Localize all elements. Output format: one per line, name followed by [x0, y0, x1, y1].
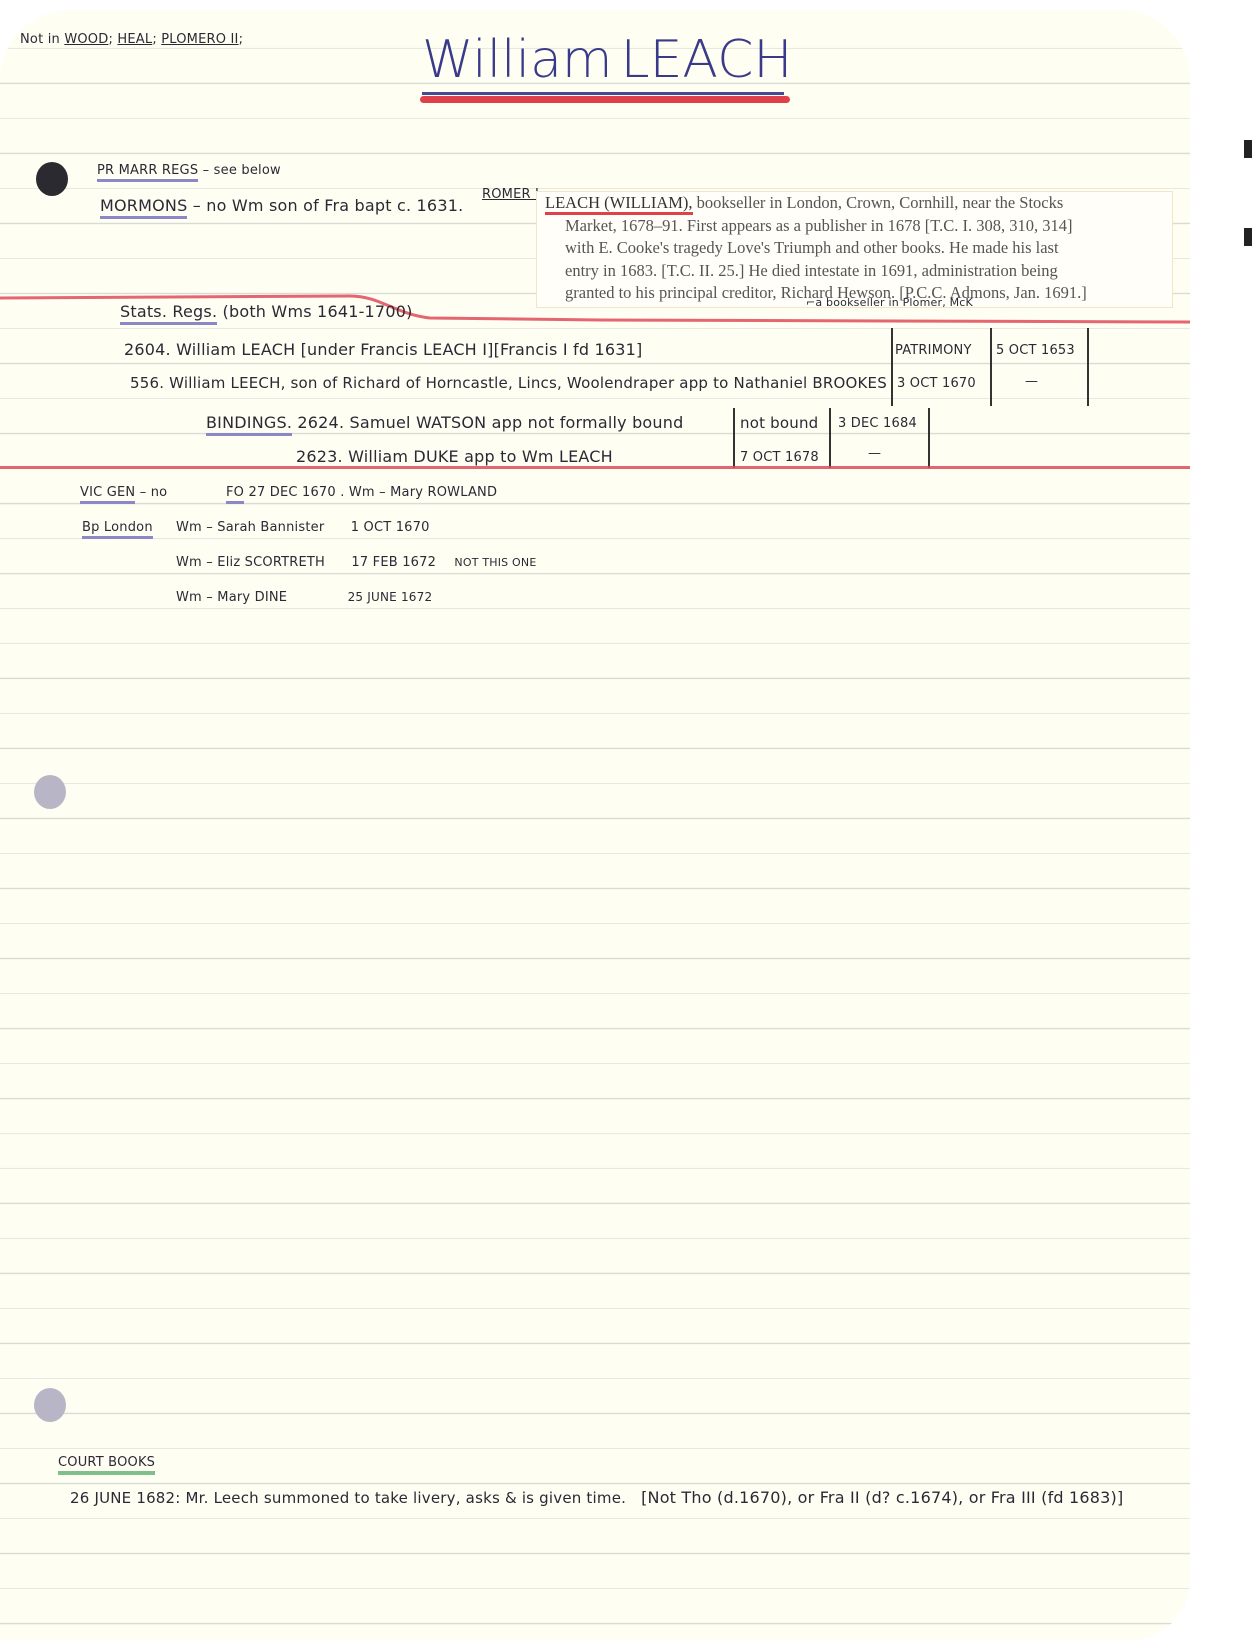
- punch-hole: [34, 1388, 66, 1422]
- header-note: Not in WOOD; HEAL; PLOMERO II;: [20, 32, 243, 47]
- red-rule: [0, 466, 1190, 469]
- note-wood: WOOD: [64, 32, 108, 47]
- mormons-text: – no Wm son of Fra bapt c. 1631.: [193, 196, 464, 215]
- stats-regs-note: (both Wms 1641-1700): [223, 302, 413, 321]
- bindings-col2: 3 DEC 1684: [838, 416, 917, 431]
- stats-entry-col1: PATRIMONY: [895, 343, 972, 358]
- stats-regs-header: Stats. Regs. (both Wms 1641-1700): [120, 302, 413, 321]
- clipping-line: entry in 1683. [T.C. II. 25.] He died in…: [537, 260, 1172, 283]
- vic-gen-text: – no: [140, 485, 168, 500]
- stats-entry-col1: 3 OCT 1670: [897, 376, 976, 391]
- court-books-note: [Not Tho (d.1670), or Fra II (d? c.1674)…: [641, 1488, 1123, 1507]
- bp-london-entry: Wm – Sarah Bannister 1 OCT 1670: [176, 520, 430, 535]
- column-divider: [928, 408, 930, 468]
- court-books-label: COURT BOOKS: [58, 1455, 155, 1470]
- stats-entry-col2: —: [1025, 374, 1038, 389]
- stats-regs-label: Stats. Regs.: [120, 302, 217, 325]
- bindings-entry: BINDINGS. 2624. Samuel WATSON app not fo…: [206, 413, 683, 432]
- fo-entry: FO 27 DEC 1670 . Wm – Mary ROWLAND: [226, 485, 497, 500]
- court-books-entry: 26 JUNE 1682: Mr. Leech summoned to take…: [70, 1488, 1123, 1507]
- mormons: MORMONS – no Wm son of Fra bapt c. 1631.: [100, 196, 463, 215]
- clipping-lead: LEACH (WILLIAM),: [545, 193, 693, 215]
- clipping-line: with E. Cooke's tragedy Love's Triumph a…: [537, 237, 1172, 260]
- column-divider: [829, 408, 831, 468]
- clipping-line: Market, 1678–91. First appears as a publ…: [537, 215, 1172, 238]
- bp-london-entry: Wm – Eliz SCORTRETH 17 FEB 1672 NOT THIS…: [176, 555, 536, 570]
- column-divider: [990, 328, 992, 406]
- note-plomero: PLOMERO II: [161, 32, 238, 47]
- vic-gen-label: VIC GEN: [80, 485, 135, 504]
- title-first-name: William: [422, 30, 613, 90]
- binder-edge: [1244, 228, 1252, 246]
- clipping-line: bookseller in London, Crown, Cornhill, n…: [697, 193, 1064, 212]
- punch-hole: [34, 775, 66, 809]
- note-heal: HEAL: [117, 32, 152, 47]
- pr-marr-regs-text: – see below: [203, 163, 281, 178]
- fo-text: 27 DEC 1670 . Wm – Mary ROWLAND: [248, 485, 497, 500]
- bindings-col2: —: [868, 446, 881, 461]
- vic-gen: VIC GEN – no: [80, 485, 167, 500]
- binder-edge: [1244, 140, 1252, 158]
- title-underline-red: [420, 96, 790, 103]
- pr-marr-regs: PR MARR REGS – see below: [97, 163, 281, 178]
- punch-hole: [36, 162, 68, 196]
- bp-london-label: Bp London: [82, 520, 153, 535]
- bindings-label: BINDINGS.: [206, 413, 292, 436]
- bindings-col1: not bound: [740, 414, 818, 432]
- bindings-col1: 7 OCT 1678: [740, 450, 819, 465]
- stats-entry-col2: 5 OCT 1653: [996, 343, 1075, 358]
- title-last-name: LEACH: [621, 30, 793, 90]
- column-divider: [1087, 328, 1089, 406]
- bp-london-entry: Wm – Mary DINE 25 JUNE 1672: [176, 590, 432, 605]
- stats-entry: 556. William LEECH, son of Richard of Ho…: [130, 374, 887, 392]
- title-underline-blue: [422, 92, 784, 95]
- index-card: Not in WOOD; HEAL; PLOMERO II; WilliamLE…: [0, 10, 1190, 1640]
- fo-label: FO: [226, 485, 244, 504]
- mormons-label: MORMONS: [100, 196, 187, 219]
- pr-marr-regs-label: PR MARR REGS: [97, 163, 198, 182]
- stats-entry: 2604. William LEACH [under Francis LEACH…: [124, 340, 642, 359]
- clipping-tag: ROMER I: [482, 187, 539, 202]
- column-divider: [891, 328, 893, 406]
- page-title: WilliamLEACH: [422, 30, 793, 90]
- note-prefix: Not in: [20, 32, 60, 47]
- bindings-entry: 2623. William DUKE app to Wm LEACH: [296, 447, 613, 466]
- column-divider: [733, 408, 735, 468]
